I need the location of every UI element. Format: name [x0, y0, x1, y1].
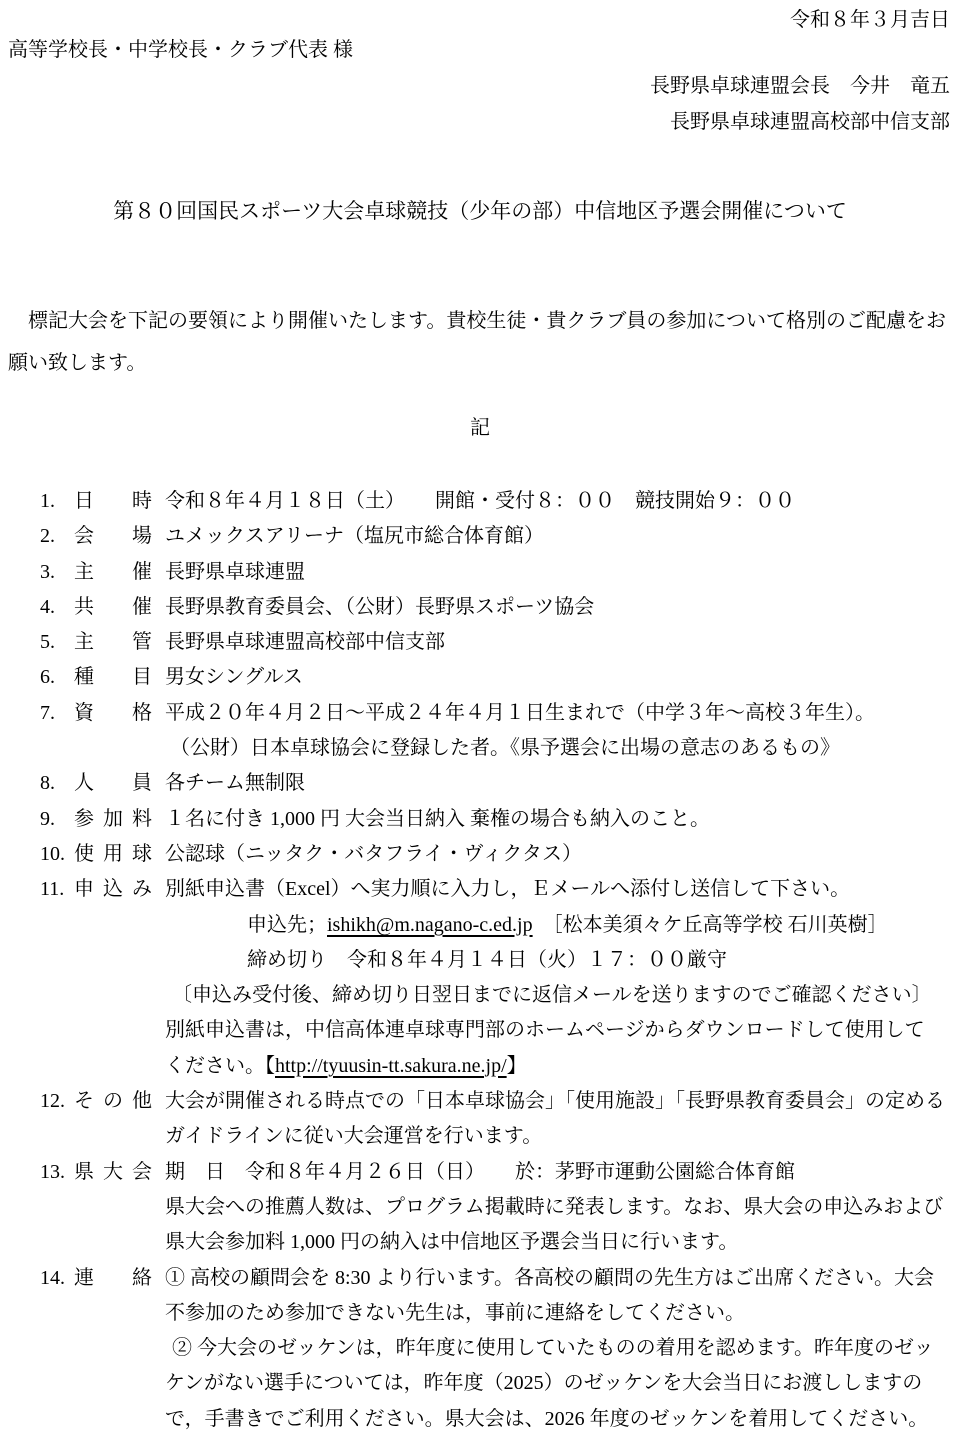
ki-heading: 記 [0, 414, 960, 442]
item-text: 各チーム無制限 [165, 772, 305, 794]
list-item-row: 〔申込み受付後、締め切り日翌日までに返信メールを送りますのでご確認ください〕 [0, 978, 960, 1013]
body-paragraph: 標記大会を下記の要領により開催いたします。貴校生徒・貴クラブ員の参加について格別… [0, 300, 960, 384]
item-label: 会場 [74, 519, 152, 554]
list-item-row: ケンがない選手については，昨年度（2025）のゼッケンを大会当日にお渡ししますの [0, 1366, 960, 1401]
sender-name-line: 長野県卓球連盟会長 今井 竜五 [0, 72, 960, 100]
list-item-row: 14.連絡① 高校の顧問会を 8:30 より行います。各高校の顧問の先生方はご出… [0, 1261, 960, 1296]
item-text: 別紙申込書は，中信高体連卓球専門部のホームページからダウンロードして使用して [165, 1019, 925, 1041]
list-item-row: 10.使用球公認球（ニッタク・バタフライ・ヴィクタス） [0, 837, 960, 872]
item-text-segment: 】 [507, 1055, 527, 1077]
item-text: 県大会への推薦人数は、プログラム掲載時に発表します。なお、県大会の申込みおよび [165, 1196, 943, 1218]
list-item-row: （公財）日本卓球協会に登録した者。《県予選会に出場の意志のあるもの》 [0, 731, 960, 766]
date-line: 令和８年３月吉日 [0, 6, 960, 34]
item-label: 種目 [74, 660, 152, 695]
item-text: 別紙申込書（Excel）へ実力順に入力し，Ｅメールへ添付し送信して下さい。 [165, 878, 850, 900]
item-text: 〔申込み受付後、締め切り日翌日までに返信メールを送りますのでご確認ください〕 [172, 984, 932, 1006]
item-text: ② 今大会のゼッケンは，昨年度に使用していたものの着用を認めます。昨年度のゼッ [172, 1337, 934, 1359]
item-text: ケンがない選手については，昨年度（2025）のゼッケンを大会当日にお渡ししますの [165, 1372, 922, 1394]
body-line: 願い致します。 [8, 342, 952, 384]
list-item-row: 締め切り 令和８年４月１４日（火）１７：００厳守 [0, 943, 960, 978]
item-label: 申込み [74, 872, 152, 907]
item-number: 14. [40, 1261, 65, 1296]
item-number: 12. [40, 1084, 65, 1119]
item-label: その他 [74, 1084, 152, 1119]
item-label: 連絡 [74, 1261, 152, 1296]
item-number: 7. [40, 696, 55, 731]
list-item-row: 6.種目男女シングルス [0, 660, 960, 695]
document-page: 令和８年３月吉日 高等学校長・中学校長・クラブ代表 様 長野県卓球連盟会長 今井… [0, 0, 960, 1433]
list-item-row: 別紙申込書は，中信高体連卓球専門部のホームページからダウンロードして使用して [0, 1013, 960, 1048]
item-text: ① 高校の顧問会を 8:30 より行います。各高校の顧問の先生方はご出席ください… [165, 1267, 934, 1289]
item-text: 不参加のため参加できない先生は，事前に連絡をしてください。 [165, 1302, 745, 1324]
item-label: 主管 [74, 625, 152, 660]
item-number: 4. [40, 590, 55, 625]
item-text: １名に付き 1,000 円 大会当日納入 棄権の場合も納入のこと。 [165, 808, 710, 830]
list-item-row: 不参加のため参加できない先生は，事前に連絡をしてください。 [0, 1296, 960, 1331]
item-number: 5. [40, 625, 55, 660]
list-item-row: ガイドラインに従い大会運営を行います。 [0, 1119, 960, 1154]
item-text: 県大会参加料 1,000 円の納入は中信地区予選会当日に行います。 [165, 1231, 738, 1253]
item-text: ください。【http://tyuusin-tt.sakura.ne.jp/】 [165, 1055, 527, 1077]
item-text: 長野県卓球連盟高校部中信支部 [165, 631, 445, 653]
item-text: 大会が開催される時点での「日本卓球協会」「使用施設」「長野県教育委員会」の定める [165, 1090, 945, 1112]
item-label: 資格 [74, 696, 152, 731]
item-label: 使用球 [74, 837, 152, 872]
list-item-row: 13.県大会期 日 令和８年４月２６日（日） 於：茅野市運動公園総合体育館 [0, 1155, 960, 1190]
list-item-row: 8.人員各チーム無制限 [0, 766, 960, 801]
item-text: 男女シングルス [165, 666, 303, 688]
body-line: 標記大会を下記の要領により開催いたします。貴校生徒・貴クラブ員の参加について格別… [8, 300, 952, 342]
item-text: 期 日 令和８年４月２６日（日） 於：茅野市運動公園総合体育館 [165, 1161, 795, 1183]
list-item-row: 2.会場ユメックスアリーナ（塩尻市総合体育館） [0, 519, 960, 554]
item-text: （公財）日本卓球協会に登録した者。《県予選会に出場の意志のあるもの》 [170, 737, 840, 759]
item-number: 11. [40, 872, 64, 907]
item-text: ガイドラインに従い大会運営を行います。 [165, 1125, 542, 1147]
item-label: 県大会 [74, 1155, 152, 1190]
item-label: 参加料 [74, 802, 152, 837]
sender-org-line: 長野県卓球連盟高校部中信支部 [0, 108, 960, 136]
item-text: ユメックスアリーナ（塩尻市総合体育館） [165, 525, 544, 547]
item-label: 主催 [74, 555, 152, 590]
item-number: 3. [40, 555, 55, 590]
list-item-row: 県大会への推薦人数は、プログラム掲載時に発表します。なお、県大会の申込みおよび [0, 1190, 960, 1225]
item-text: 締め切り 令和８年４月１４日（火）１７：００厳守 [247, 949, 727, 971]
list-item-row: 7.資格平成２０年４月２日～平成２４年４月１日生まれで（中学３年～高校３年生）。 [0, 696, 960, 731]
item-number: 2. [40, 519, 55, 554]
list-item-row: 1.日時令和８年４月１８日（土） 開館・受付８：００ 競技開始９：００ [0, 484, 960, 519]
item-number: 10. [40, 837, 65, 872]
item-text-segment: 申込先； [247, 914, 327, 936]
item-number: 13. [40, 1155, 65, 1190]
item-number: 8. [40, 766, 55, 801]
list-item-row: で，手書きでご利用ください。県大会は、2026 年度のゼッケンを着用してください… [0, 1402, 960, 1433]
item-number: 6. [40, 660, 55, 695]
website-link[interactable]: http://tyuusin-tt.sakura.ne.jp/ [275, 1055, 507, 1077]
list-item-row: 11.申込み別紙申込書（Excel）へ実力順に入力し，Ｅメールへ添付し送信して下… [0, 872, 960, 907]
item-text: 令和８年４月１８日（土） 開館・受付８：００ 競技開始９：００ [165, 490, 795, 512]
item-list: 1.日時令和８年４月１８日（土） 開館・受付８：００ 競技開始９：００2.会場ユ… [0, 484, 960, 1433]
list-item-row: 県大会参加料 1,000 円の納入は中信地区予選会当日に行います。 [0, 1225, 960, 1260]
item-number: 9. [40, 802, 55, 837]
item-text: 申込先；ishikh@m.nagano-c.ed.jp ［松本美須々ケ丘高等学校… [247, 914, 888, 936]
addressee-line: 高等学校長・中学校長・クラブ代表 様 [0, 36, 960, 64]
item-label: 人員 [74, 766, 152, 801]
list-item-row: 申込先；ishikh@m.nagano-c.ed.jp ［松本美須々ケ丘高等学校… [0, 908, 960, 943]
item-number: 1. [40, 484, 55, 519]
item-text-segment: ください。【 [165, 1055, 275, 1077]
item-text: 平成２０年４月２日～平成２４年４月１日生まれで（中学３年～高校３年生）。 [165, 702, 875, 724]
list-item-row: ください。【http://tyuusin-tt.sakura.ne.jp/】 [0, 1049, 960, 1084]
item-label: 日時 [74, 484, 152, 519]
list-item-row: 4.共催長野県教育委員会、（公財）長野県スポーツ協会 [0, 590, 960, 625]
list-item-row: 3.主催長野県卓球連盟 [0, 555, 960, 590]
item-text: で，手書きでご利用ください。県大会は、2026 年度のゼッケンを着用してください… [165, 1408, 928, 1430]
email-link[interactable]: ishikh@m.nagano-c.ed.jp [327, 914, 533, 936]
item-text: 長野県卓球連盟 [165, 561, 305, 583]
item-label: 共催 [74, 590, 152, 625]
list-item-row: 12.その他大会が開催される時点での「日本卓球協会」「使用施設」「長野県教育委員… [0, 1084, 960, 1119]
list-item-row: ② 今大会のゼッケンは，昨年度に使用していたものの着用を認めます。昨年度のゼッ [0, 1331, 960, 1366]
list-item-row: 5.主管長野県卓球連盟高校部中信支部 [0, 625, 960, 660]
item-text: 長野県教育委員会、（公財）長野県スポーツ協会 [165, 596, 594, 618]
doc-title: 第８０回国民スポーツ大会卓球競技（少年の部）中信地区予選会開催について [0, 196, 960, 226]
item-text: 公認球（ニッタク・バタフライ・ヴィクタス） [165, 843, 582, 865]
item-text-segment: ［松本美須々ケ丘高等学校 石川英樹］ [533, 914, 888, 936]
list-item-row: 9.参加料１名に付き 1,000 円 大会当日納入 棄権の場合も納入のこと。 [0, 802, 960, 837]
